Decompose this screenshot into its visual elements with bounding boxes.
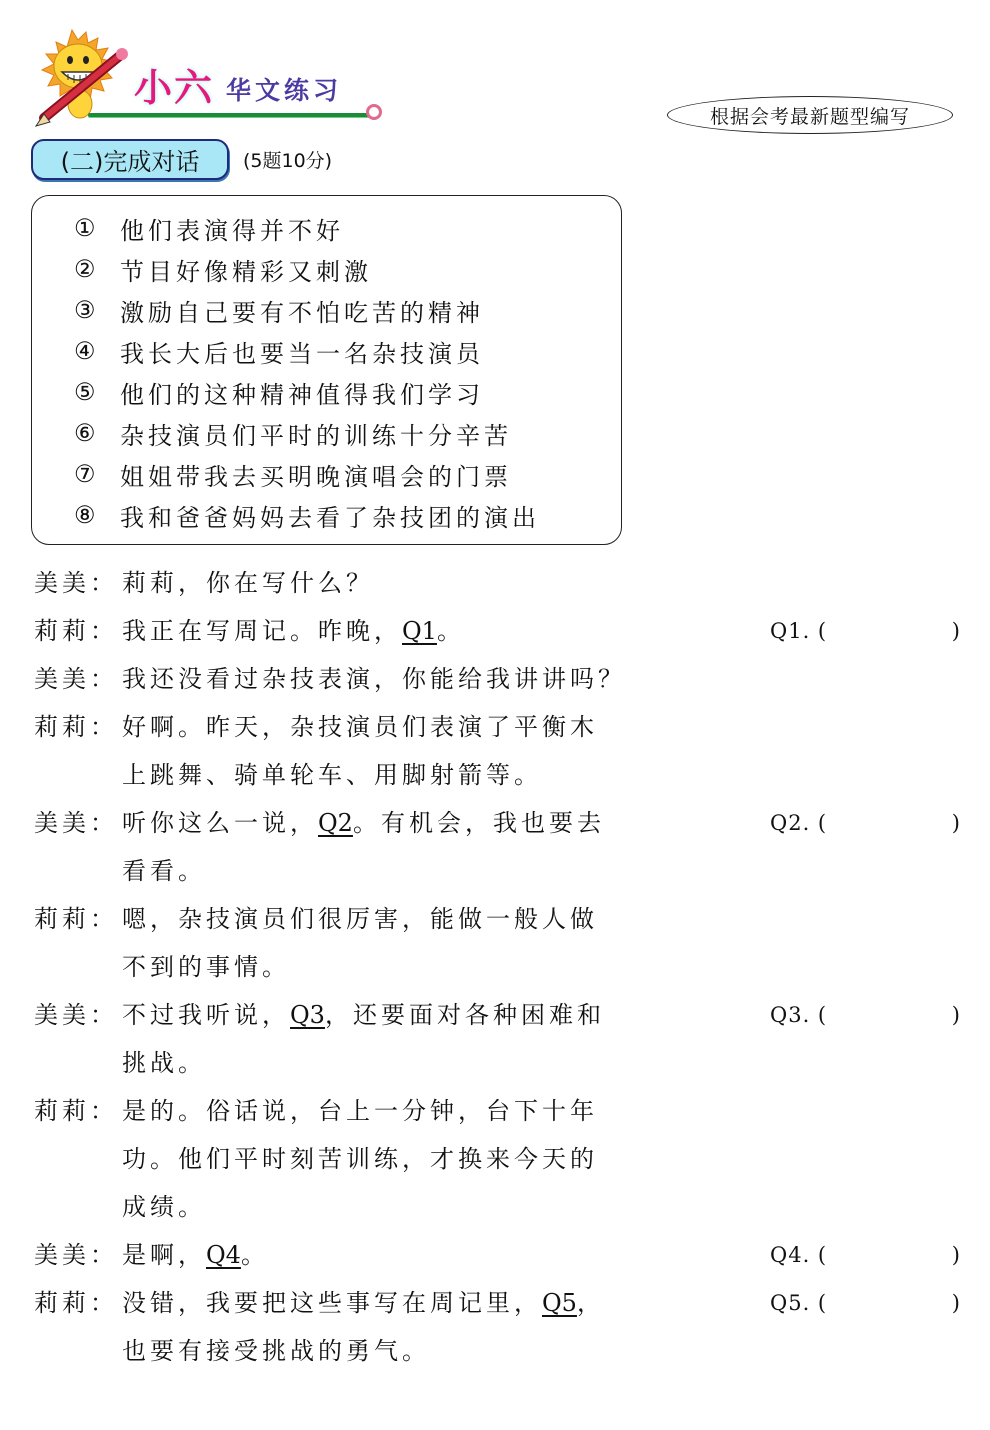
blank-q1: Q1 — [402, 617, 437, 645]
brand-subject: 华文练习 — [226, 72, 342, 110]
dialogue-line: 莉莉：是的。俗话说，台上一分钟，台下十年 — [34, 1093, 598, 1129]
dialogue-line: 美美：不过我听说，Q3，还要面对各种困难和 — [34, 997, 605, 1033]
blank-q5: Q5 — [542, 1289, 577, 1317]
answer-slot-q1[interactable]: Q1. () — [770, 616, 960, 646]
dialogue-line: 美美：莉莉，你在写什么？ — [34, 565, 374, 601]
option-item: ⑥杂技演员们平时的训练十分辛苦 — [74, 416, 512, 450]
section-title: (二)完成对话 — [31, 139, 229, 180]
answer-slot-q5[interactable]: Q5. () — [770, 1288, 960, 1318]
exam-format-tag: 根据会考最新题型编写 — [667, 96, 953, 134]
section-score: (5题10分) — [243, 146, 332, 173]
dialogue-line: 莉莉：好啊。昨天，杂技演员们表演了平衡木 — [34, 709, 598, 745]
option-item: ②节目好像精彩又刺激 — [74, 252, 372, 286]
option-item: ①他们表演得并不好 — [74, 211, 344, 245]
answer-slot-q3[interactable]: Q3. () — [770, 1000, 960, 1030]
option-item: ⑧我和爸爸妈妈去看了杂技团的演出 — [74, 498, 540, 532]
option-item: ⑤他们的这种精神值得我们学习 — [74, 375, 484, 409]
dialogue-line: 莉莉：没错，我要把这些事写在周记里，Q5， — [34, 1285, 605, 1321]
brand-underline — [88, 113, 370, 117]
dialogue-continuation: 也要有接受挑战的勇气。 — [122, 1333, 430, 1369]
brand-title: 小六 华文练习 — [134, 66, 342, 110]
dialogue-continuation: 不到的事情。 — [122, 949, 290, 985]
option-item: ④我长大后也要当一名杂技演员 — [74, 334, 484, 368]
dialogue-line: 莉莉：我正在写周记。昨晚，Q1。 — [34, 613, 465, 649]
dialogue-line: 美美：听你这么一说，Q2。有机会，我也要去 — [34, 805, 605, 841]
dialogue-line: 莉莉：嗯，杂技演员们很厉害，能做一般人做 — [34, 901, 598, 937]
option-item: ⑦姐姐带我去买明晚演唱会的门票 — [74, 457, 512, 491]
dialogue-line: 美美：我还没看过杂技表演，你能给我讲讲吗？ — [34, 661, 626, 697]
dialogue-continuation: 上跳舞、骑单轮车、用脚射箭等。 — [122, 757, 542, 793]
dialogue-line: 美美：是啊，Q4。 — [34, 1237, 269, 1273]
answer-slot-q4[interactable]: Q4. () — [770, 1240, 960, 1270]
blank-q3: Q3 — [290, 1001, 325, 1029]
brand-grade: 小六 — [134, 66, 214, 110]
blank-q4: Q4 — [206, 1241, 241, 1269]
blank-q2: Q2 — [318, 809, 353, 837]
option-item: ③激励自己要有不怕吃苦的精神 — [74, 293, 484, 327]
circle-dot-icon — [366, 104, 382, 120]
dialogue-continuation: 成绩。 — [122, 1189, 206, 1225]
answer-slot-q2[interactable]: Q2. () — [770, 808, 960, 838]
dialogue-continuation: 挑战。 — [122, 1045, 206, 1081]
options-box: ①他们表演得并不好 ②节目好像精彩又刺激 ③激励自己要有不怕吃苦的精神 ④我长大… — [31, 195, 622, 545]
dialogue-continuation: 功。他们平时刻苦训练，才换来今天的 — [122, 1141, 598, 1177]
dialogue-continuation: 看看。 — [122, 853, 206, 889]
